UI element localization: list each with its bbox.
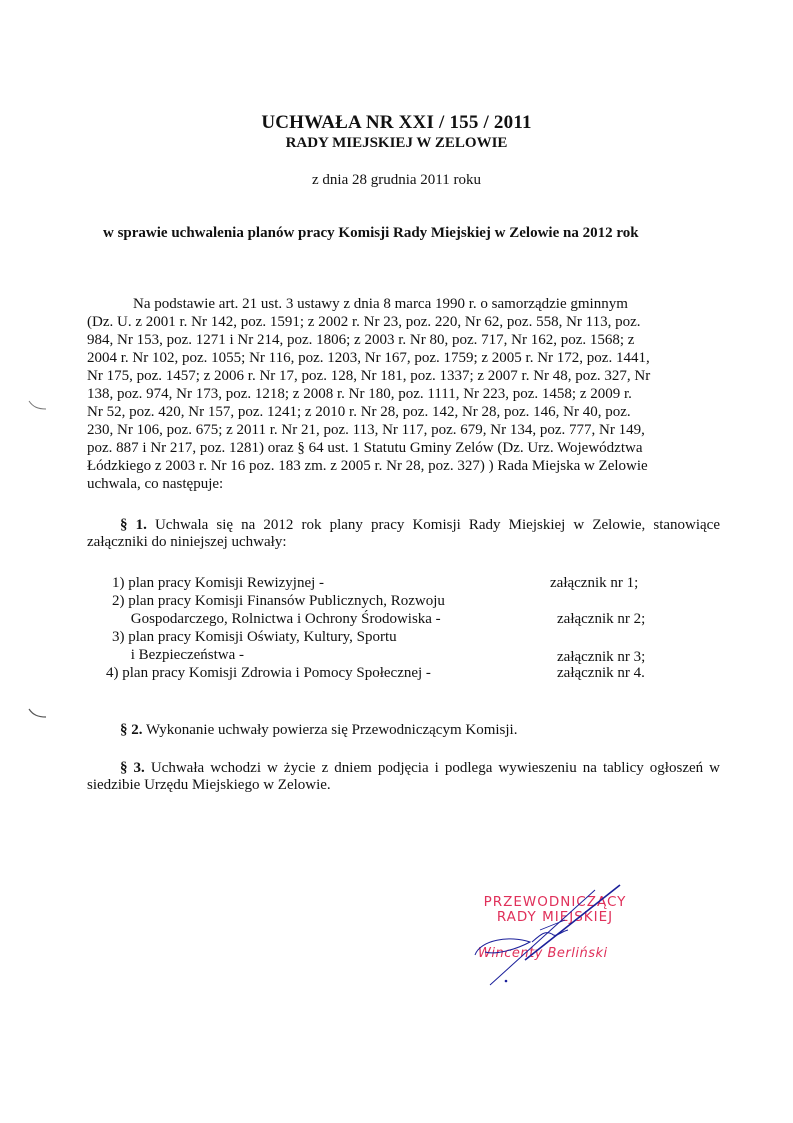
resolution-title: UCHWAŁA NR XXI / 155 / 2011 — [0, 112, 793, 134]
legal-basis-line: Łódzkiego z 2003 r. Nr 16 poz. 183 zm. z… — [87, 458, 720, 475]
scan-mark-icon — [28, 400, 48, 412]
annex-item-text: Gospodarczego, Rolnictwa i Ochrony Środo… — [112, 611, 441, 628]
signature-icon — [470, 880, 650, 990]
section-3: § 3. Uchwała wchodzi w życie z dniem pod… — [87, 760, 720, 794]
section-1: § 1. Uchwala się na 2012 rok plany pracy… — [87, 517, 720, 551]
section-3-text: Uchwała wchodzi w życie z dniem podjęcia… — [87, 760, 720, 793]
annex-item-text: 1) plan pracy Komisji Rewizyjnej - — [112, 575, 324, 592]
section-2-text: Wykonanie uchwały powierza się Przewodni… — [146, 722, 517, 738]
section-2-mark: § 2. — [120, 722, 143, 738]
legal-basis-line: poz. 887 i Nr 217, poz. 1281) oraz § 64 … — [87, 440, 720, 457]
annex-item-ref: załącznik nr 4. — [557, 665, 645, 682]
legal-basis-line: Na podstawie art. 21 ust. 3 ustawy z dni… — [133, 296, 628, 313]
annex-item-ref: załącznik nr 3; — [557, 649, 645, 666]
resolution-subject: w sprawie uchwalenia planów pracy Komisj… — [103, 225, 743, 242]
annex-item-text: 3) plan pracy Komisji Oświaty, Kultury, … — [112, 629, 397, 646]
legal-basis-line: 230, Nr 106, poz. 675; z 2011 r. Nr 21, … — [87, 422, 720, 439]
annex-item-text: 2) plan pracy Komisji Finansów Publiczny… — [112, 593, 445, 610]
scan-mark-icon — [28, 708, 48, 720]
section-2: § 2. Wykonanie uchwały powierza się Prze… — [87, 722, 720, 739]
resolution-date: z dnia 28 grudnia 2011 roku — [0, 172, 793, 189]
annex-item-ref: załącznik nr 2; — [557, 611, 645, 628]
annex-item-text: 4) plan pracy Komisji Zdrowia i Pomocy S… — [106, 665, 431, 682]
resolution-issuer: RADY MIEJSKIEJ W ZELOWIE — [0, 135, 793, 152]
section-1-mark: § 1. — [120, 517, 147, 533]
legal-basis-line: 984, Nr 153, poz. 1271 i Nr 214, poz. 18… — [87, 332, 720, 349]
section-3-mark: § 3. — [120, 760, 145, 776]
section-1-text: Uchwala się na 2012 rok plany pracy Komi… — [87, 517, 720, 550]
legal-basis-line: 2004 r. Nr 102, poz. 1055; Nr 116, poz. … — [87, 350, 720, 367]
legal-basis-line: Nr 52, poz. 420, Nr 157, poz. 1241; z 20… — [87, 404, 720, 421]
annex-item-text: i Bezpieczeństwa - — [112, 647, 244, 664]
legal-basis-line: Nr 175, poz. 1457; z 2006 r. Nr 17, poz.… — [87, 368, 720, 385]
legal-basis-line: uchwala, co następuje: — [87, 476, 720, 493]
annex-item-ref: załącznik nr 1; — [550, 575, 638, 592]
legal-basis-line: (Dz. U. z 2001 r. Nr 142, poz. 1591; z 2… — [87, 314, 720, 331]
legal-basis-line: 138, poz. 974, Nr 173, poz. 1218; z 2008… — [87, 386, 720, 403]
